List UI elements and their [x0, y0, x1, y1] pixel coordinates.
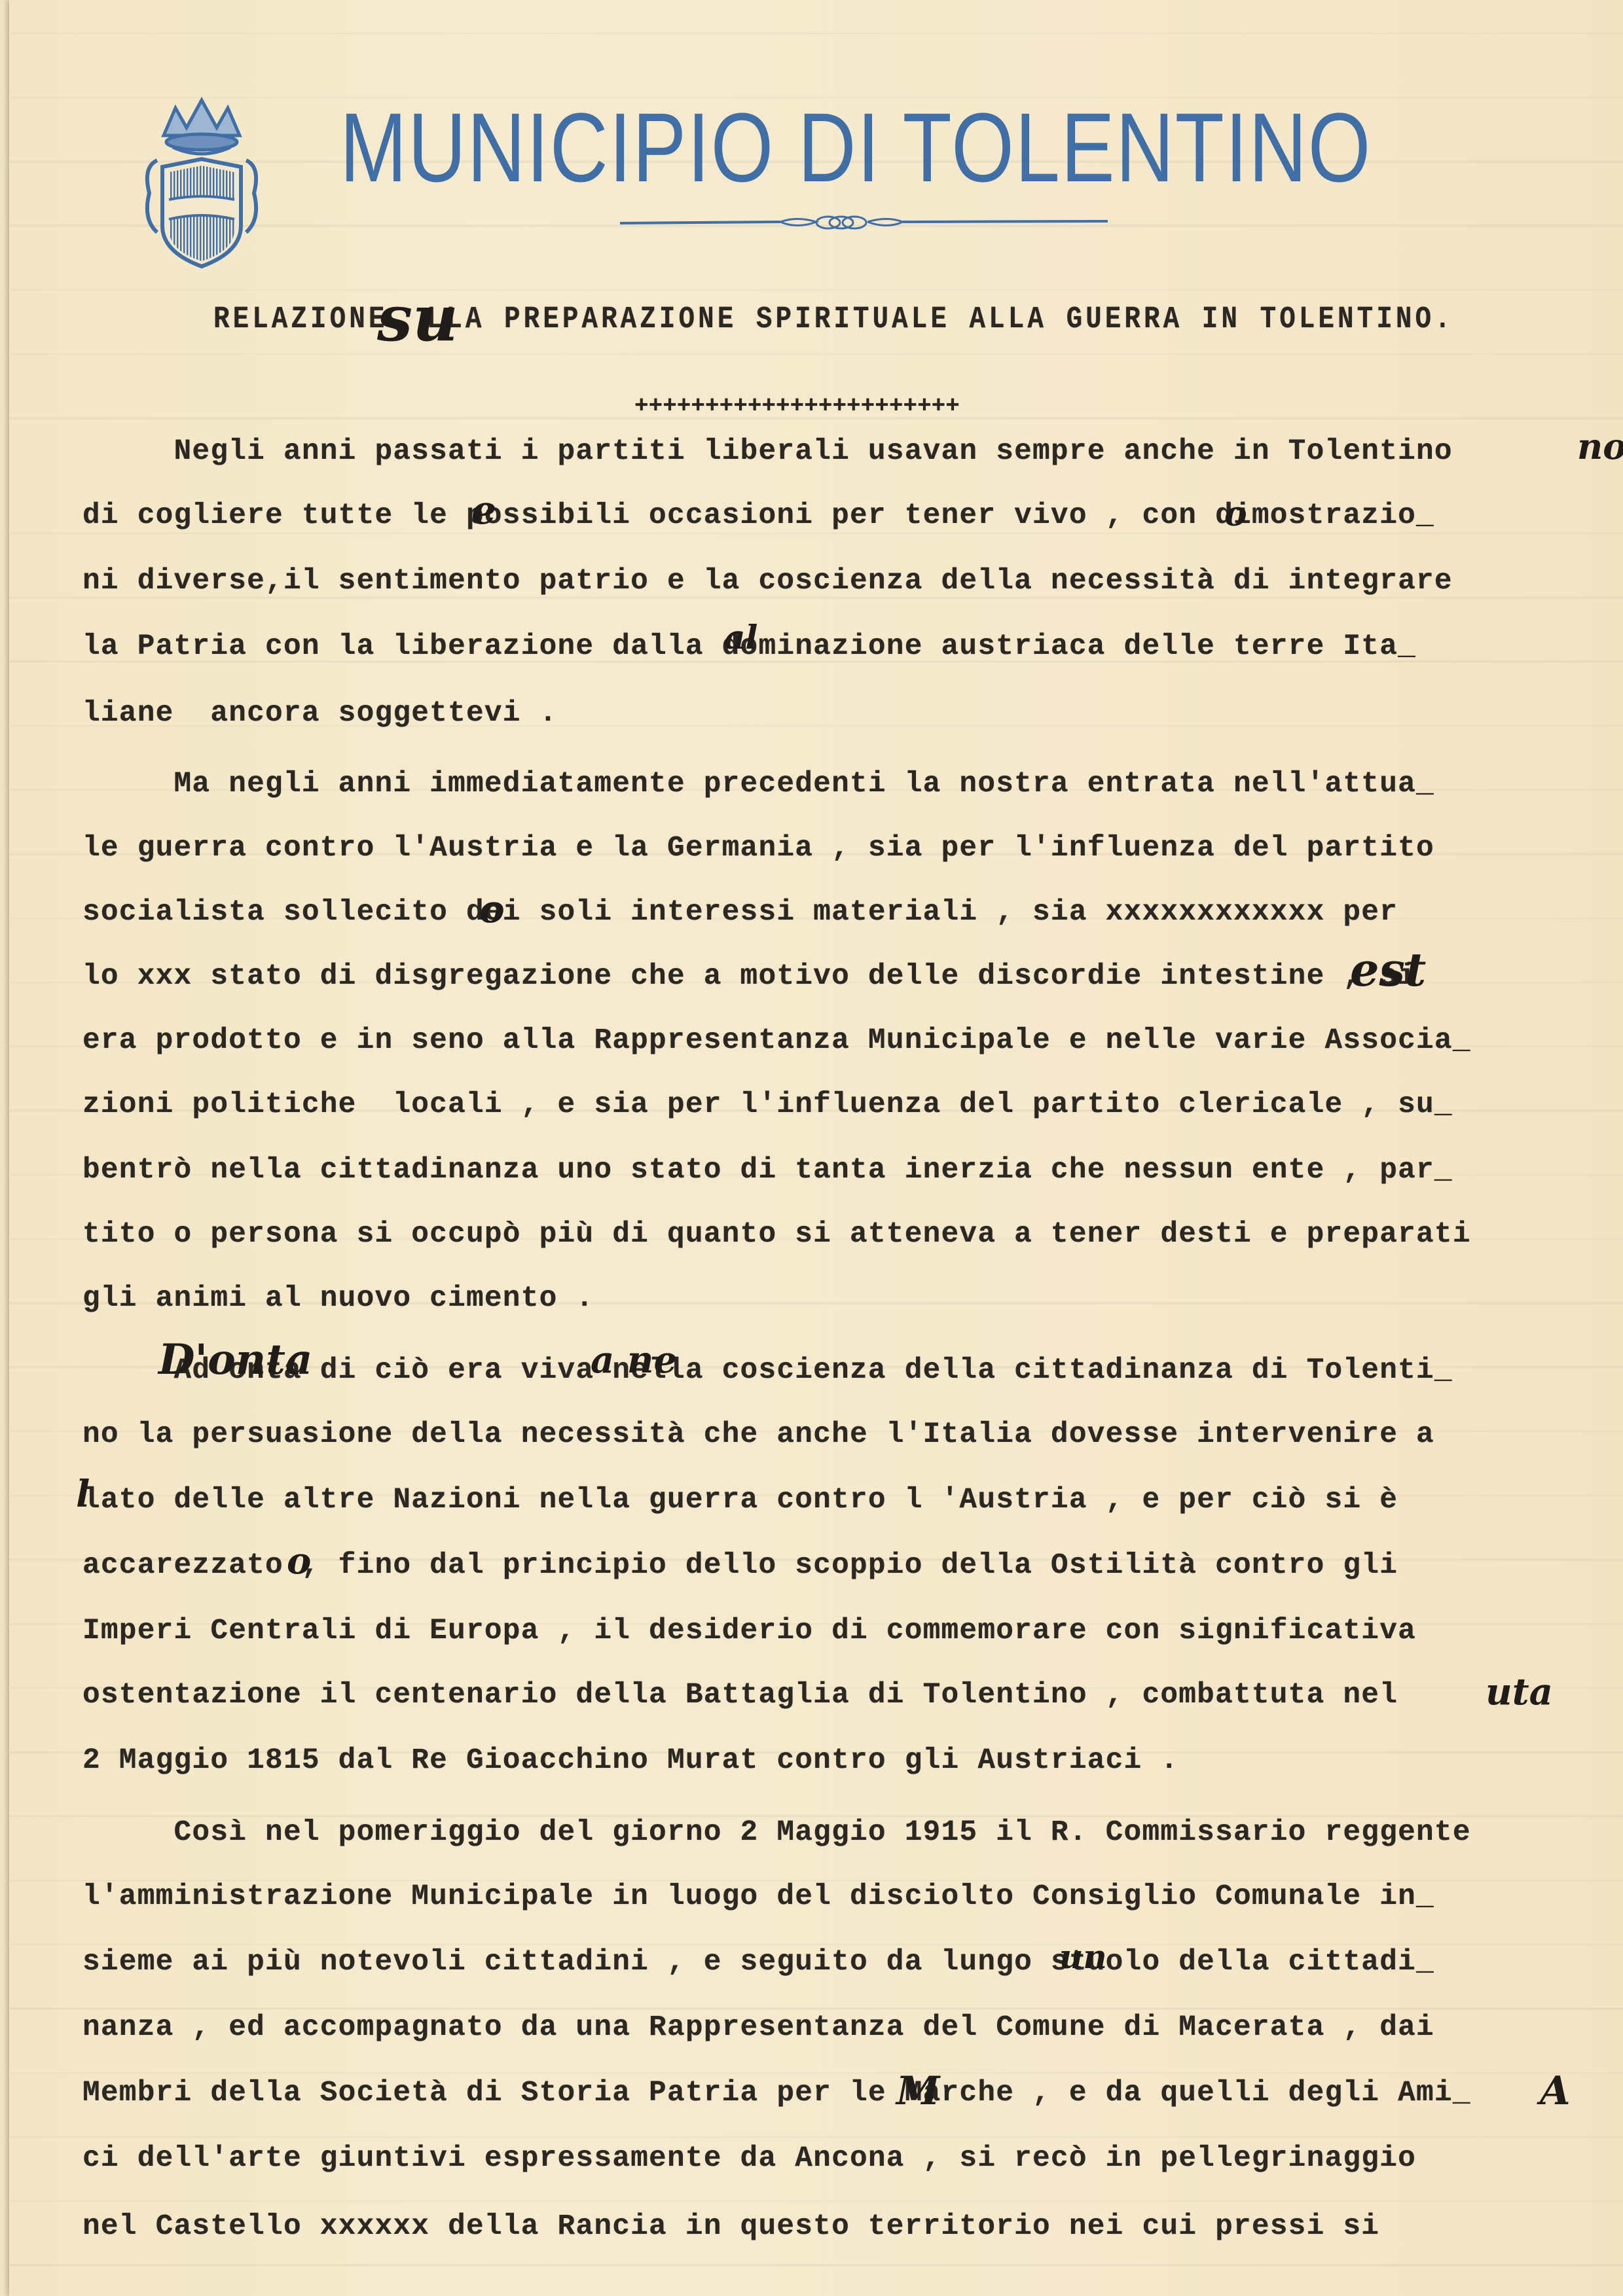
body-line: zioni politiche locali , e sia per l'inf… — [82, 1090, 1453, 1120]
handwritten-correction: A — [1540, 2068, 1571, 2114]
body-line: ci dell'arte giuntivi espressamente da A… — [82, 2144, 1416, 2174]
body-line: sieme ai più notevoli cittadini , e segu… — [82, 1948, 1434, 1977]
body-line: lato delle altre Nazioni nella guerra co… — [82, 1486, 1398, 1515]
body-line: Ma negli anni immediatamente precedenti … — [82, 770, 1434, 799]
body-line: Membri della Società di Storia Patria pe… — [82, 2079, 1471, 2108]
body-line: lo xxx stato di disgregazione che a moti… — [82, 962, 1416, 992]
body-line: 2 Maggio 1815 dal Re Gioacchino Murat co… — [82, 1746, 1178, 1776]
coat-of-arms-icon — [137, 95, 266, 272]
body-line: ostentazione il centenario della Battagl… — [82, 1681, 1398, 1710]
body-line: nanza , ed accompagnato da una Rappresen… — [82, 2013, 1434, 2043]
body-line: Imperi Centrali di Europa , il desiderio… — [82, 1617, 1416, 1646]
body-line: no la persuasione della necessità che an… — [82, 1420, 1434, 1450]
body-line: tito o persona si occupò più di quanto s… — [82, 1220, 1471, 1249]
body-line: Ad onta di ciò era viva nella coscienza … — [82, 1356, 1453, 1386]
handwritten-correction: no — [1577, 425, 1623, 467]
body-line: le guerra contro l'Austria e la Germania… — [82, 834, 1434, 863]
body-line: accarezzato , fino dal principio dello s… — [82, 1551, 1398, 1581]
document-heading: RELAZIONE LLA PREPARAZIONE SPIRITUALE AL… — [213, 302, 1454, 337]
handwritten-correction: uta — [1486, 1670, 1553, 1713]
body-line: di cogliere tutte le possibili occasioni… — [82, 501, 1434, 531]
body-line: era prodotto e in seno alla Rappresentan… — [82, 1026, 1471, 1056]
letterhead-title: MUNICIPIO DI TOLENTINO — [340, 98, 1372, 196]
body-line: gli animi al nuovo cimento . — [82, 1284, 594, 1314]
body-line: Negli anni passati i partiti liberali us… — [82, 437, 1453, 467]
body-line: bentrò nella cittadinanza uno stato di t… — [82, 1156, 1453, 1185]
document-page: MUNICIPIO DI TOLENTINO RELAZIONE LLA PRE… — [9, 0, 1623, 2296]
body-line: liane ancora soggettevi . — [82, 699, 558, 728]
body-line: l'amministrazione Municipale in luogo de… — [82, 1882, 1434, 1912]
heading-separator: +++++++++++++++++++++++ — [634, 393, 960, 420]
decorative-rule-icon — [620, 215, 1108, 232]
body-line: socialista sollecito dei soli interessi … — [82, 898, 1398, 927]
body-line: ni diverse,il sentimento patrio e la cos… — [82, 567, 1453, 596]
body-line: nel Castello xxxxxx della Rancia in ques… — [82, 2212, 1379, 2242]
body-line: la Patria con la liberazione dalla domin… — [82, 632, 1416, 662]
body-line: Così nel pomeriggio del giorno 2 Maggio … — [82, 1818, 1471, 1848]
